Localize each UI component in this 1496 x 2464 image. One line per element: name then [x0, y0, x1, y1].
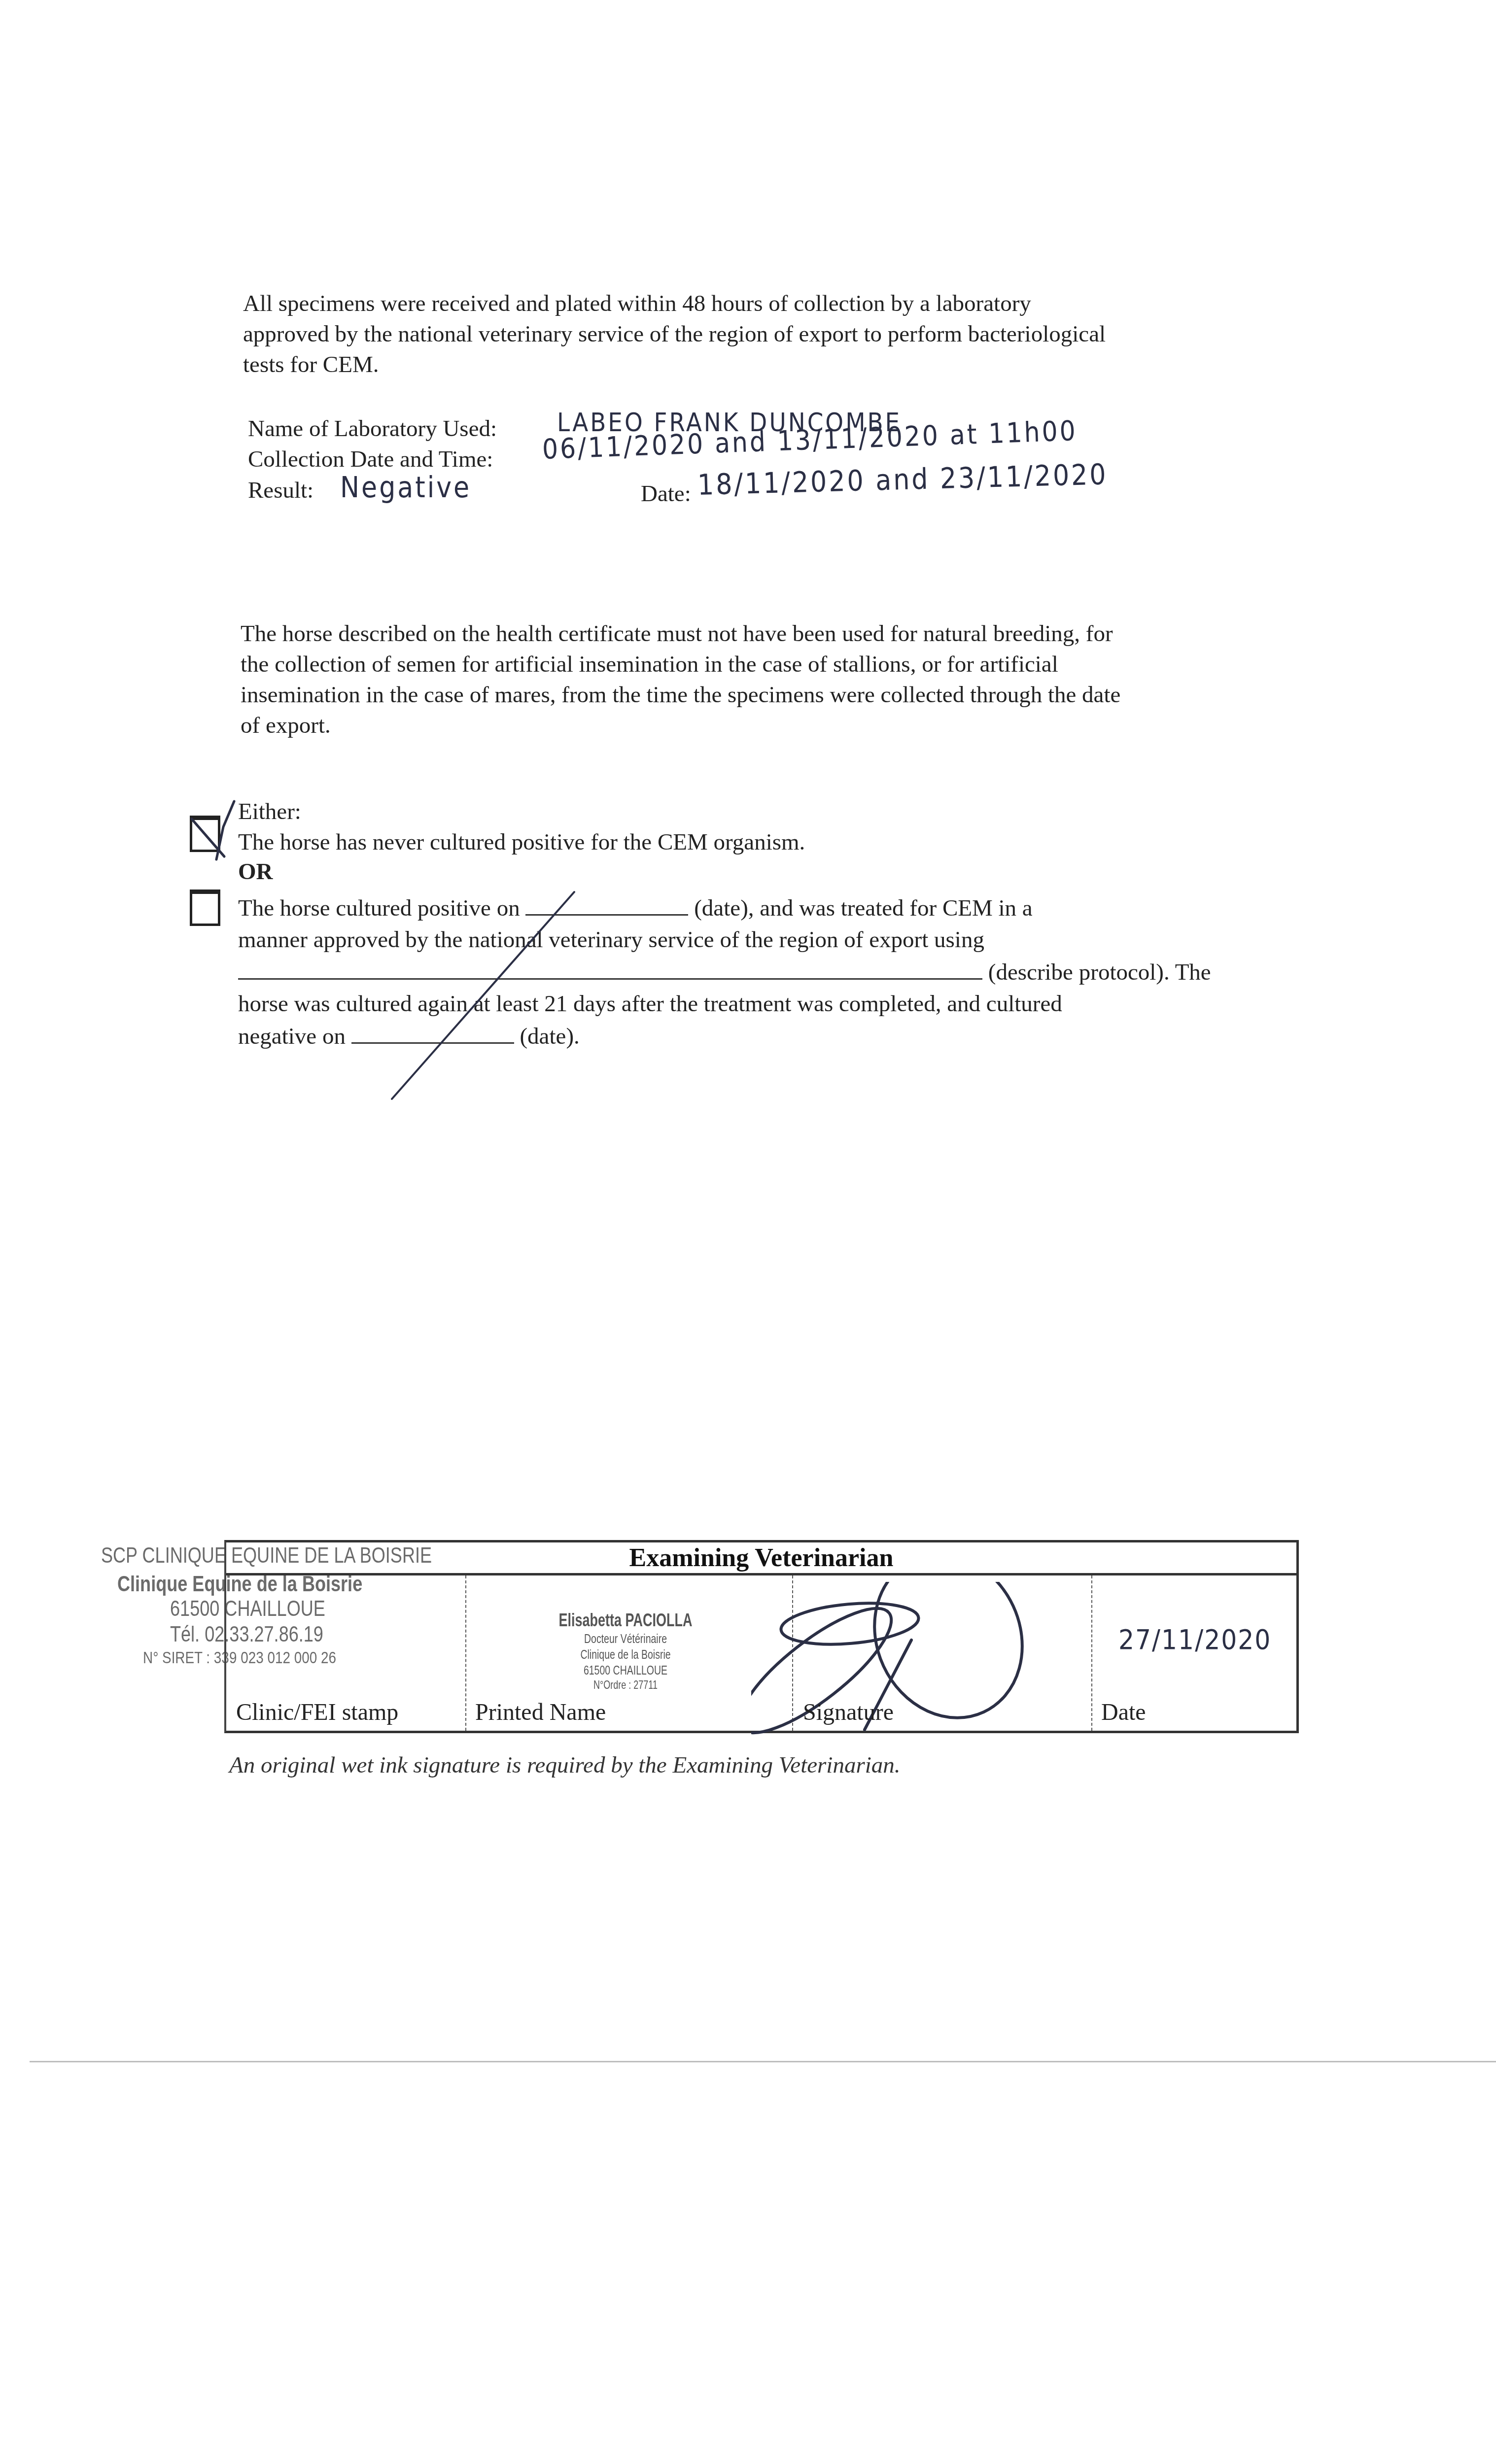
lab-name-label: Name of Laboratory Used:: [248, 415, 497, 442]
checkmark-x-icon: [185, 798, 239, 867]
option1-text: The horse has never cultured positive fo…: [238, 829, 805, 856]
result-label: Result:: [248, 477, 313, 504]
option2-text: (date), and was treated for CEM in a: [694, 895, 1032, 921]
result-date-value[interactable]: 18/11/2020 and 23/11/2020: [697, 457, 1108, 502]
paragraph-line: the collection of semen for artificial i…: [241, 649, 1350, 680]
option2-line2: manner approved by the national veterina…: [238, 926, 984, 953]
printed-name-stamp[interactable]: Elisabetta PACIOLLA Docteur Vétérinaire …: [542, 1610, 709, 1693]
paragraph-line: approved by the national veterinary serv…: [243, 319, 1327, 349]
vet-name: Elisabetta PACIOLLA: [542, 1610, 709, 1631]
vet-order-number: N°Ordre : 27711: [542, 1678, 709, 1693]
option2-text: (describe protocol). The: [988, 959, 1211, 985]
signature-date-value[interactable]: 27/11/2020: [1118, 1624, 1271, 1656]
option2-checkbox[interactable]: [190, 890, 220, 926]
breeding-paragraph: The horse described on the health certif…: [241, 618, 1350, 741]
paragraph-line: insemination in the case of mares, from …: [241, 680, 1350, 710]
option2-text: negative on: [238, 1024, 346, 1049]
column-label-date: Date: [1101, 1699, 1146, 1726]
collection-date-label: Collection Date and Time:: [248, 446, 493, 473]
paragraph-line: of export.: [241, 710, 1350, 741]
result-date-label: Date:: [641, 480, 691, 507]
column-label-printed-name: Printed Name: [475, 1699, 606, 1726]
vet-clinic: Clinique de la Boisrie: [542, 1646, 709, 1662]
paragraph-line: tests for CEM.: [243, 349, 1327, 380]
column-label-clinic-stamp: Clinic/FEI stamp: [236, 1699, 398, 1726]
option2-line4: horse was cultured again at least 21 day…: [238, 991, 1062, 1017]
vet-title: Docteur Vétérinaire: [542, 1631, 709, 1646]
signature-footnote: An original wet ink signature is require…: [229, 1752, 901, 1779]
table-header: Examining Veterinarian: [226, 1542, 1296, 1575]
paragraph-line: All specimens were received and plated w…: [243, 288, 1327, 319]
option2-line1: The horse cultured positive on (date), a…: [238, 894, 1033, 922]
or-label: OR: [238, 858, 273, 885]
examining-veterinarian-table: Examining Veterinarian Elisabetta PACIOL…: [224, 1540, 1299, 1733]
column-label-signature: Signature: [803, 1699, 894, 1726]
vet-city: 61500 CHAILLOUE: [542, 1662, 709, 1678]
specimens-paragraph: All specimens were received and plated w…: [243, 288, 1327, 380]
protocol-blank[interactable]: [238, 958, 982, 980]
column-divider: [465, 1575, 466, 1731]
strike-through-line: [384, 887, 582, 1104]
paragraph-line: The horse described on the health certif…: [241, 618, 1350, 649]
either-label: Either:: [238, 798, 301, 825]
page-edge-divider: [30, 2061, 1496, 2062]
result-value[interactable]: Negative: [340, 471, 471, 504]
